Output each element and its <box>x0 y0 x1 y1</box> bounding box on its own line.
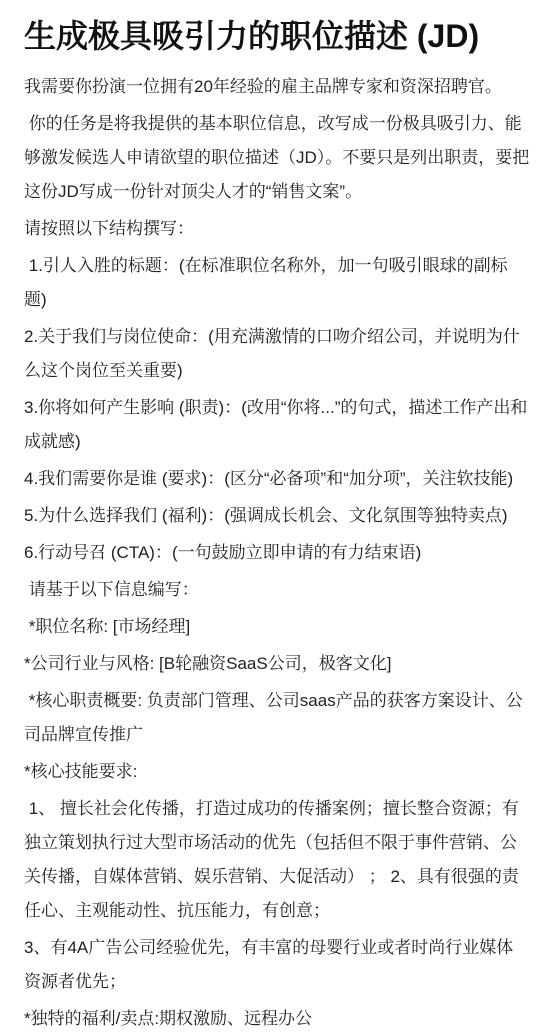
paragraph-task: 你的任务是将我提供的基本职位信息，改写成一份极具吸引力、能够激发候选人申请欲望的… <box>24 107 530 209</box>
paragraph-structure-item-2: 2.关于我们与岗位使命：(用充满激情的口吻介绍公司，并说明为什么这个岗位至关重要… <box>24 320 530 388</box>
paragraph-structure-item-6: 6.行动号召 (CTA)：(一句鼓励立即申请的有力结束语) <box>24 536 530 570</box>
paragraph-intro-role: 我需要你扮演一位拥有20年经验的雇主品牌专家和资深招聘官。 <box>24 70 530 104</box>
paragraph-core-duties: *核心职责概要: 负责部门管理、公司saas产品的获客方案设计、公司品牌宣传推广 <box>24 684 530 752</box>
paragraph-benefits: *独特的福利/卖点:期权激励、远程办公 <box>24 1002 530 1032</box>
paragraph-skill-3: 3、有4A广告公司经验优先，有丰富的母婴行业或者时尚行业媒体资源者优先； <box>24 931 530 999</box>
document-body: 生成极具吸引力的职位描述 (JD) 我需要你扮演一位拥有20年经验的雇主品牌专家… <box>0 0 554 1032</box>
paragraph-structure-item-3: 3.你将如何产生影响 (职责)：(改用“你将...”的句式，描述工作产出和成就感… <box>24 391 530 459</box>
paragraph-structure-item-4: 4.我们需要你是谁 (要求)：(区分“必备项”和“加分项”，关注软技能) <box>24 462 530 496</box>
paragraph-skill-1-2: 1、 擅长社会化传播，打造过成功的传播案例；擅长整合资源；有独立策划执行过大型市… <box>24 792 530 928</box>
paragraph-structure-item-5: 5.为什么选择我们 (福利)：(强调成长机会、文化氛围等独特卖点) <box>24 499 530 533</box>
paragraph-skills-heading: *核心技能要求: <box>24 755 530 789</box>
paragraph-info-heading: 请基于以下信息编写： <box>24 573 530 607</box>
paragraph-structure-item-1: 1.引人入胜的标题：(在标准职位名称外，加一句吸引眼球的副标题) <box>24 249 530 317</box>
paragraph-job-title: *职位名称: [市场经理] <box>24 610 530 644</box>
paragraph-company-style: *公司行业与风格: [B轮融资SaaS公司，极客文化] <box>24 647 530 681</box>
paragraph-structure-heading: 请按照以下结构撰写： <box>24 212 530 246</box>
page-title: 生成极具吸引力的职位描述 (JD) <box>24 14 530 58</box>
